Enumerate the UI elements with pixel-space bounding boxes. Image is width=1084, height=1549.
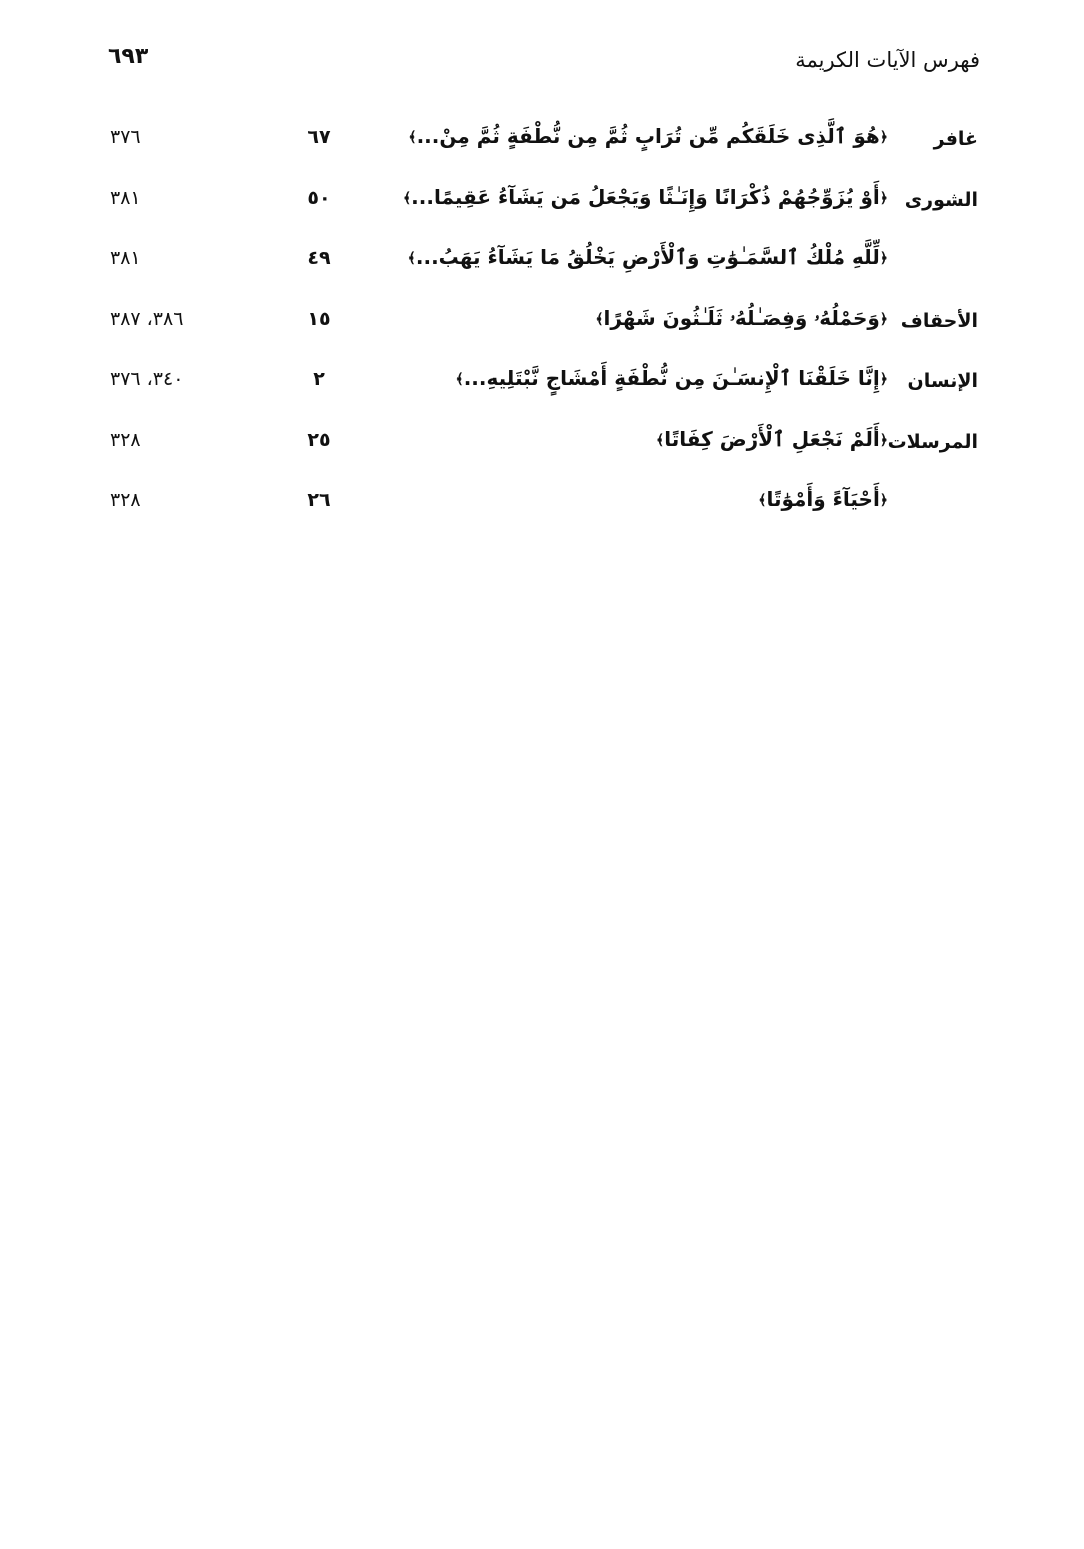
- ayah-number: ٤٩: [296, 247, 342, 269]
- page-header: فهرس الآيات الكريمة ٦٩٣: [0, 40, 1084, 80]
- table-row: ﴿لِّلَّهِ مُلْكُ ٱلسَّمَـٰوَٰتِ وَٱلْأَر…: [0, 237, 1084, 298]
- table-row: الأحقاف ﴿وَحَمْلُهُۥ وَفِصَـٰلُهُۥ ثَلَـ…: [0, 298, 1084, 359]
- close-bracket: ﴾: [408, 251, 416, 267]
- verse-body: لِّلَّهِ مُلْكُ ٱلسَّمَـٰوَٰتِ وَٱلْأَرْ…: [416, 245, 880, 269]
- page-references: ٣٨٦، ٣٨٧: [110, 308, 183, 330]
- page-references: ٣٢٨: [110, 429, 141, 451]
- verse-body: هُوَ ٱلَّذِى خَلَقَكُم مِّن تُرَابٍ ثُمَ…: [417, 124, 880, 148]
- verse-text: ﴿وَحَمْلُهُۥ وَفِصَـٰلُهُۥ ثَلَـٰثُونَ ش…: [595, 306, 888, 330]
- open-bracket: ﴿: [880, 493, 888, 509]
- close-bracket: ﴾: [403, 190, 411, 206]
- verse-text: ﴿إِنَّا خَلَقْنَا ٱلْإِنسَـٰنَ مِن نُّطْ…: [455, 366, 888, 390]
- ayah-number: ٥٠: [296, 187, 342, 209]
- open-bracket: ﴿: [880, 432, 888, 448]
- verse-text: ﴿أَلَمْ نَجْعَلِ ٱلْأَرْضَ كِفَاتًا﴾: [656, 427, 888, 451]
- surah-name: الأحقاف: [901, 310, 978, 332]
- ayah-number: ٢: [296, 368, 342, 390]
- open-bracket: ﴿: [880, 372, 888, 388]
- page-number: ٦٩٣: [108, 44, 148, 69]
- table-row: الإنسان ﴿إِنَّا خَلَقْنَا ٱلْإِنسَـٰنَ م…: [0, 358, 1084, 419]
- table-row: المرسلات ﴿أَلَمْ نَجْعَلِ ٱلْأَرْضَ كِفَ…: [0, 419, 1084, 480]
- ayah-number: ١٥: [296, 308, 342, 330]
- ayah-number: ٢٦: [296, 489, 342, 511]
- verse-body: إِنَّا خَلَقْنَا ٱلْإِنسَـٰنَ مِن نُّطْف…: [464, 366, 880, 390]
- page-references: ٣٤٠، ٣٧٦: [110, 368, 183, 390]
- verse-text: ﴿لِّلَّهِ مُلْكُ ٱلسَّمَـٰوَٰتِ وَٱلْأَر…: [408, 245, 888, 269]
- verse-text: ﴿أَحْيَآءً وَأَمْوَٰتًا﴾: [758, 487, 888, 511]
- surah-name: الإنسان: [908, 370, 978, 392]
- verse-body: وَحَمْلُهُۥ وَفِصَـٰلُهُۥ ثَلَـٰثُونَ شَ…: [604, 306, 880, 330]
- open-bracket: ﴿: [880, 251, 888, 267]
- ayah-number: ٢٥: [296, 429, 342, 451]
- verse-body: أَوْ يُزَوِّجُهُمْ ذُكْرَانًا وَإِنَـٰثً…: [411, 185, 880, 209]
- verse-text: ﴿هُوَ ٱلَّذِى خَلَقَكُم مِّن تُرَابٍ ثُم…: [408, 124, 888, 148]
- close-bracket: ﴾: [408, 130, 416, 146]
- surah-name: المرسلات: [888, 431, 978, 453]
- verse-body: أَلَمْ نَجْعَلِ ٱلْأَرْضَ كِفَاتًا: [664, 427, 880, 451]
- ayah-number: ٦٧: [296, 126, 342, 148]
- verse-body: أَحْيَآءً وَأَمْوَٰتًا: [766, 487, 879, 511]
- page-references: ٣٨١: [110, 187, 141, 209]
- page-references: ٣٧٦: [110, 126, 141, 148]
- table-row: ﴿أَحْيَآءً وَأَمْوَٰتًا﴾ ٢٦ ٣٢٨: [0, 479, 1084, 540]
- table-row: الشورى ﴿أَوْ يُزَوِّجُهُمْ ذُكْرَانًا وَ…: [0, 177, 1084, 238]
- verse-index-table: غافر ﴿هُوَ ٱلَّذِى خَلَقَكُم مِّن تُرَاب…: [0, 116, 1084, 540]
- table-row: غافر ﴿هُوَ ٱلَّذِى خَلَقَكُم مِّن تُرَاب…: [0, 116, 1084, 177]
- open-bracket: ﴿: [880, 130, 888, 146]
- close-bracket: ﴾: [595, 311, 603, 327]
- open-bracket: ﴿: [880, 190, 888, 206]
- page-references: ٣٢٨: [110, 489, 141, 511]
- page-references: ٣٨١: [110, 247, 141, 269]
- running-title: فهرس الآيات الكريمة: [795, 48, 980, 72]
- verse-text: ﴿أَوْ يُزَوِّجُهُمْ ذُكْرَانًا وَإِنَـٰث…: [403, 185, 888, 209]
- surah-name: الشورى: [905, 189, 978, 211]
- surah-name: غافر: [934, 128, 978, 150]
- close-bracket: ﴾: [656, 432, 664, 448]
- open-bracket: ﴿: [880, 311, 888, 327]
- close-bracket: ﴾: [455, 372, 463, 388]
